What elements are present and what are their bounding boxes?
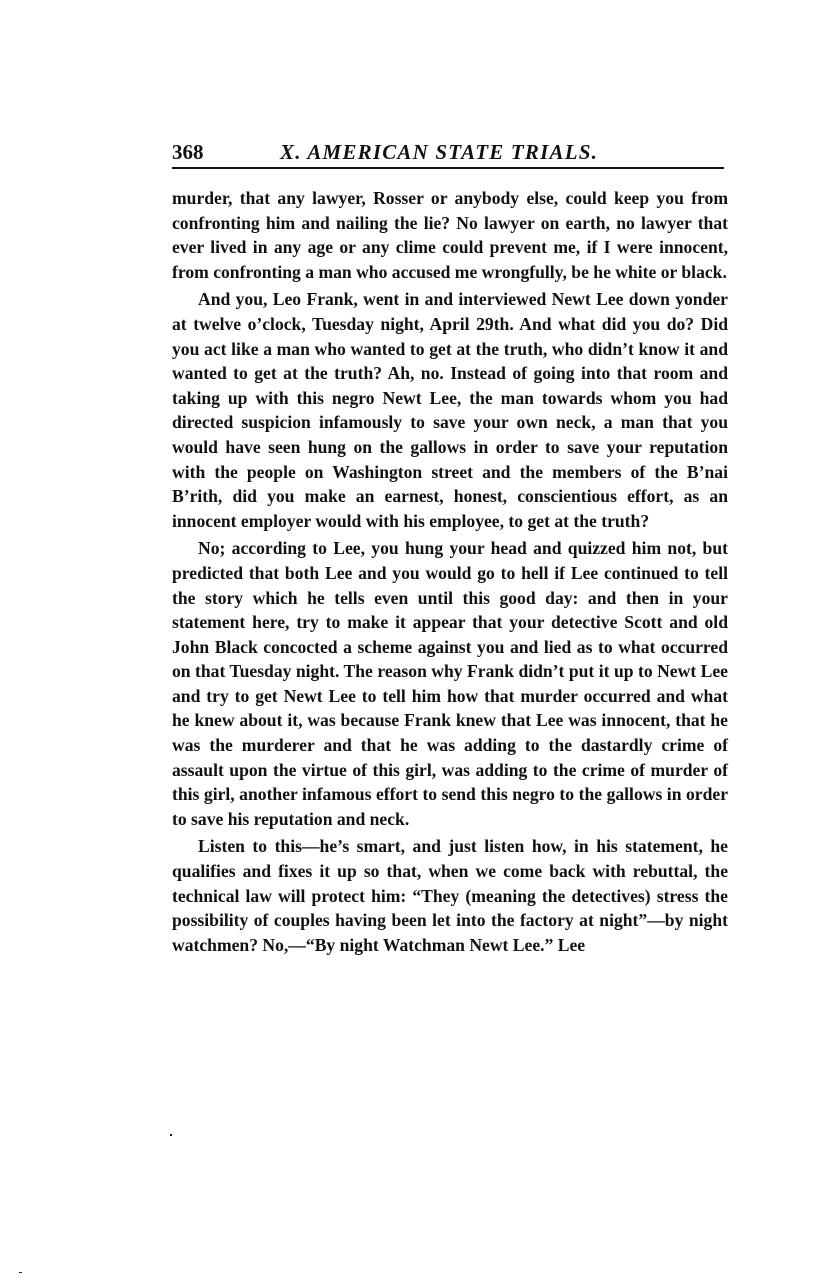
page-number: 368 [172,138,204,166]
running-title: X. AMERICAN STATE TRIALS. [280,138,598,166]
running-head: 368 X. AMERICAN STATE TRIALS. [172,138,728,166]
paragraph-3: No; according to Lee, you hung your head… [172,536,728,831]
scan-speck [170,1134,172,1136]
book-page: 368 X. AMERICAN STATE TRIALS. murder, th… [172,138,728,166]
paragraph-2: And you, Leo Frank, went in and intervie… [172,287,728,533]
paragraph-4: Listen to this—he’s smart, and just list… [172,834,728,957]
scan-speck [19,1272,22,1273]
paragraph-1: murder, that any lawyer, Rosser or anybo… [172,186,728,284]
body-text: murder, that any lawyer, Rosser or anybo… [172,186,728,960]
header-rule-divider [172,167,724,169]
